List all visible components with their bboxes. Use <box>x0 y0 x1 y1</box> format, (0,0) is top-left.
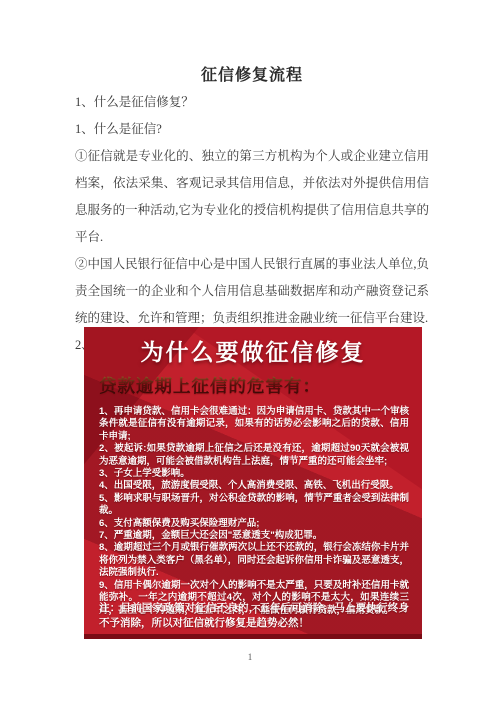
hazard-item: 1、再申请贷款、信用卡会很难通过：因为申请信用卡、贷款其中一个审核条件就是征信有… <box>99 406 409 443</box>
heading-what-is-credit-repair: 1、什么是征信修复？ <box>75 89 429 116</box>
heading-what-is-credit: 1、什么是征信? <box>75 116 429 143</box>
hazard-item: 5、影响求职与职场晋升，对公积金贷款的影响，情节严重者会受到法律制裁。 <box>99 493 409 518</box>
hazard-item: 8、逾期超过三个月或银行催款两次以上还不还款的，银行会冻结你卡片并将你列为禁入类… <box>99 542 409 579</box>
document-body: 1、什么是征信修复？ 1、什么是征信? ①征信就是专业化的、独立的第三方机构为个… <box>75 89 429 359</box>
credit-repair-poster-image: 为什么要做征信修复 贷款逾期上征信的危害有： 1、再申请贷款、信用卡会很难通过：… <box>84 327 422 639</box>
document-page: 征信修复流程 1、什么是征信修复？ 1、什么是征信? ①征信就是专业化的、独立的… <box>0 0 500 708</box>
poster-hazard-list: 1、再申请贷款、信用卡会很难通过：因为申请信用卡、贷款其中一个审核条件就是征信有… <box>99 406 409 617</box>
hazard-item: 4、出国受限，旅游度假受限、个人高消费受限、高铁、飞机出行受限。 <box>99 480 409 492</box>
hazard-item: 3、子女上学受影响。 <box>99 468 409 480</box>
paragraph-credit-definition: ①征信就是专业化的、独立的第三方机构为个人或企业建立信用档案，依法采集、客观记录… <box>75 143 429 251</box>
hazard-item: 6、支付高额保费及购买保险理财产品; <box>99 518 409 530</box>
page-title: 征信修复流程 <box>75 62 429 85</box>
poster-note: 注：目前国家政策对征信不良的，五年后可消除，马上要执行终身不予消除，所以对征信就… <box>99 601 409 631</box>
hazard-item: 7、严重逾期，金额巨大还会因"恶意透支"构成犯罪。 <box>99 530 409 542</box>
page-number: 1 <box>0 652 500 662</box>
poster-subtitle: 贷款逾期上征信的危害有： <box>99 373 321 398</box>
poster-title: 为什么要做征信修复 <box>84 334 422 367</box>
hazard-item: 2、被起诉:如果贷款逾期上征信之后还是没有还，逾期超过90天就会被视为恶意逾期，… <box>99 443 409 468</box>
poster-bottom-strip-decoration <box>84 634 422 639</box>
paragraph-pboc-credit-center: ②中国人民银行征信中心是中国人民银行直属的事业法人单位,负责全国统一的企业和个人… <box>75 251 429 332</box>
